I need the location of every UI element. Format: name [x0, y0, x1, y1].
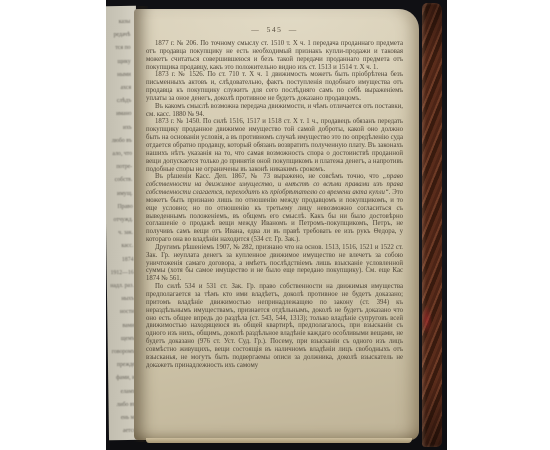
paragraph: Въ какомъ смыслѣ возможна передача движи… [146, 103, 403, 119]
paragraph-intro: Въ рѣшенiи Касс. Деп. 1867, № 73 выражен… [155, 173, 383, 180]
paragraph: Другимъ рѣшенiемъ 1907, № 282, признано … [146, 244, 403, 283]
marbled-cover-edge [422, 3, 442, 447]
left-page-text-fragments: казы редачѣ тся по щику ными ахся слѣдъ … [106, 16, 136, 440]
page-number: — 545 — [146, 25, 403, 34]
book-photo: казы редачѣ тся по щику ными ахся слѣдъ … [106, 0, 447, 450]
paragraph: 1873 г. № 1450. По силѣ 1516, 1517 и 151… [146, 118, 403, 173]
page-block-bottom-edge [146, 438, 412, 443]
paragraph-with-quote: Въ рѣшенiи Касс. Деп. 1867, № 73 выражен… [146, 173, 403, 244]
paragraph-rest: Это можетъ быть признано лишь по отношен… [146, 189, 403, 243]
paragraph: 1877 г. № 206. По точному смыслу ст. 151… [146, 40, 403, 71]
body-text: 1877 г. № 206. По точному смыслу ст. 151… [146, 40, 403, 369]
page-content: — 545 — 1877 г. № 206. По точному смыслу… [146, 25, 403, 434]
paragraph: По силѣ 534 и 531 ст. Зак. Гр. право соб… [146, 283, 403, 369]
cover-marbling-accent [422, 300, 434, 340]
paragraph: 1873 г. № 1526. По ст. 710 т. X ч. 1 дви… [146, 71, 403, 102]
right-page: — 545 — 1877 г. № 206. По точному смыслу… [134, 9, 419, 440]
